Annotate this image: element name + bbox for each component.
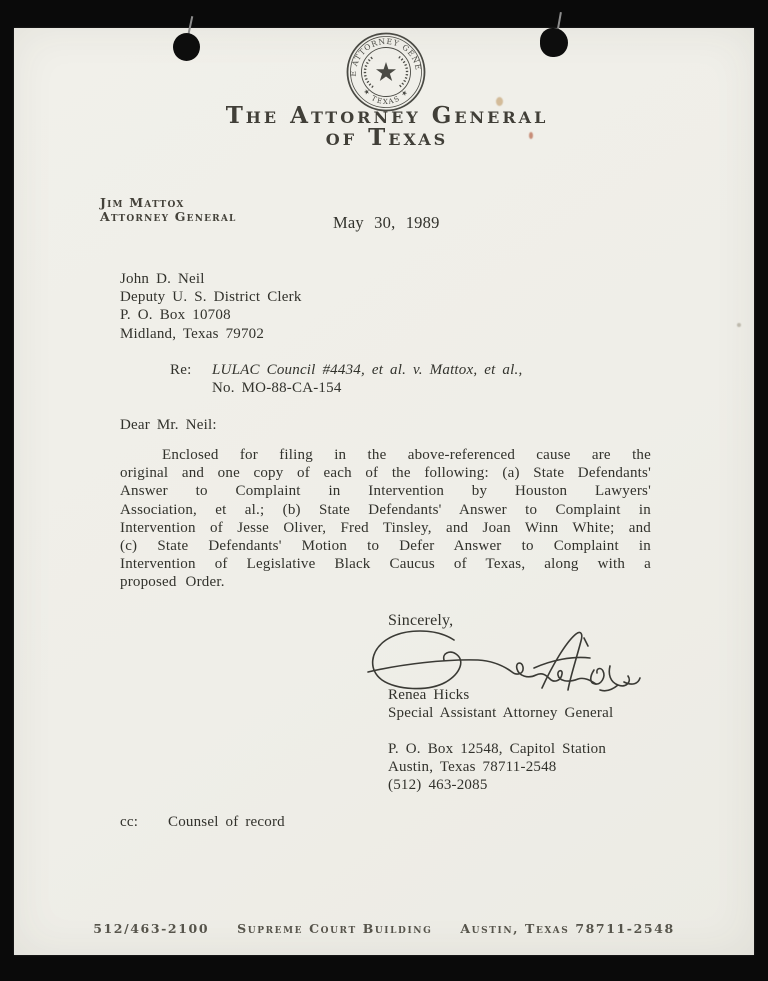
letter-paper: THE ATTORNEY GENERAL ★ TEXAS ★ The Attor… bbox=[14, 28, 754, 955]
body-line: Association, et al.; (b) State Defendant… bbox=[120, 501, 651, 519]
body-line: (c) State Defendants' Motion to Defer An… bbox=[120, 537, 651, 555]
cc-line: cc:Counsel of record bbox=[120, 813, 285, 831]
paper-stain bbox=[496, 97, 503, 106]
cc-label: cc: bbox=[120, 813, 168, 831]
body-line: original and one copy of each of the fol… bbox=[120, 464, 651, 482]
re-case-name: LULAC Council #4434, et al. v. Mattox, e… bbox=[212, 361, 672, 379]
cc-value: Counsel of record bbox=[168, 814, 285, 830]
paper-stain bbox=[737, 323, 741, 327]
punch-hole-left bbox=[173, 33, 200, 61]
seal-star-icon bbox=[376, 62, 396, 81]
signer-name: Renea Hicks bbox=[388, 686, 613, 704]
seal-wreath-right bbox=[399, 57, 407, 87]
punch-hole-right bbox=[540, 28, 568, 57]
recipient-line: Midland, Texas 79702 bbox=[120, 325, 302, 343]
scanned-letter-photo: THE ATTORNEY GENERAL ★ TEXAS ★ The Attor… bbox=[0, 0, 768, 981]
footer-phone: 512/463-2100 bbox=[93, 921, 209, 936]
paper-stain bbox=[529, 132, 533, 139]
recipient-line: John D. Neil bbox=[120, 270, 302, 288]
signer-address-block: P. O. Box 12548, Capitol Station Austin,… bbox=[388, 740, 606, 795]
body-line: Intervention of Jesse Oliver, Fred Tinsl… bbox=[120, 519, 651, 537]
footer-location: Austin, Texas 78711-2548 bbox=[460, 921, 674, 936]
letter-date: May 30, 1989 bbox=[333, 214, 440, 232]
letterhead-footer: 512/463-2100Supreme Court BuildingAustin… bbox=[14, 921, 754, 936]
signer-title: Special Assistant Attorney General bbox=[388, 704, 613, 722]
signer-address-line: P. O. Box 12548, Capitol Station bbox=[388, 740, 606, 758]
letterhead-org-line2: of Texas bbox=[17, 124, 757, 151]
signer-address-line: Austin, Texas 78711-2548 bbox=[388, 758, 606, 776]
official-name: Jim Mattox bbox=[100, 196, 237, 210]
salutation: Dear Mr. Neil: bbox=[120, 416, 217, 434]
body-paragraph: Enclosed for filing in the above-referen… bbox=[120, 446, 651, 592]
footer-building: Supreme Court Building bbox=[237, 921, 432, 936]
seal-wreath-left bbox=[365, 57, 373, 87]
signer-block: Renea Hicks Special Assistant Attorney G… bbox=[388, 686, 613, 722]
official-title: Attorney General bbox=[100, 210, 237, 224]
body-line: proposed Order. bbox=[120, 573, 651, 591]
recipient-line: P. O. Box 10708 bbox=[120, 306, 302, 324]
recipient-address-block: John D. Neil Deputy U. S. District Clerk… bbox=[120, 270, 302, 343]
body-line: Intervention of Legislative Black Caucus… bbox=[120, 555, 651, 573]
re-label: Re: bbox=[170, 361, 191, 379]
body-line: Answer to Complaint in Intervention by H… bbox=[120, 482, 651, 500]
recipient-line: Deputy U. S. District Clerk bbox=[120, 288, 302, 306]
signer-address-line: (512) 463-2085 bbox=[388, 776, 606, 794]
re-case-number: No. MO-88-CA-154 bbox=[212, 379, 672, 397]
body-line: Enclosed for filing in the above-referen… bbox=[120, 446, 651, 464]
